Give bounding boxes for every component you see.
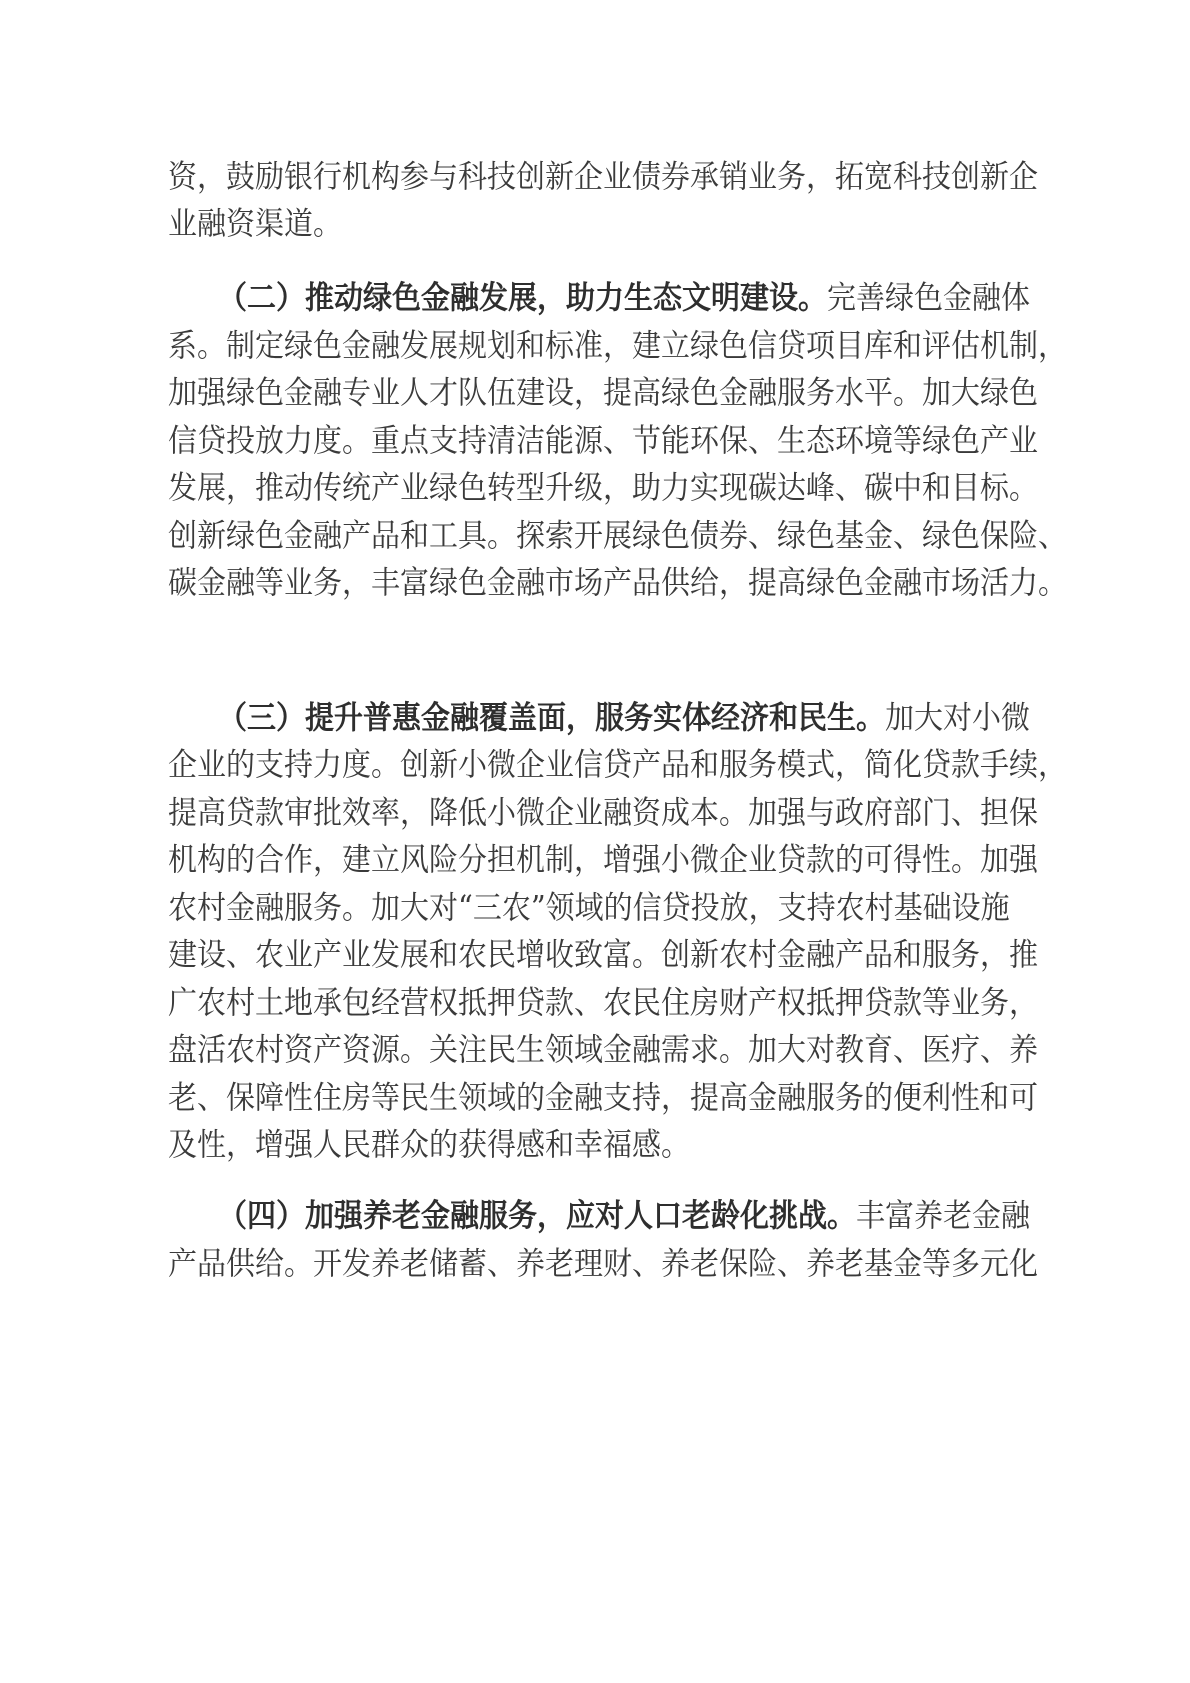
body-text: 机构的合作，建立风险分担机制，增强小微企业贷款的可得性。加强 (168, 841, 1038, 878)
body-text: 广农村土地承包经营权抵押贷款、农民住房财产权抵押贷款等业务， (168, 984, 1038, 1021)
section-heading: （二）推动绿色金融发展，助力生态文明建设。 (218, 279, 827, 316)
body-text: 丰富养老金融 (856, 1197, 1030, 1234)
body-text: 农村金融服务。加大对“三农”领域的信贷投放，支持农村基础设施 (168, 889, 1010, 926)
paragraph-line: 业融资渠道。 (168, 201, 943, 244)
body-text: 建设、农业产业发展和农民增收致富。创新农村金融产品和服务，推 (168, 936, 1038, 973)
paragraph-line: 产品供给。开发养老储蓄、养老理财、养老保险、养老基金等多元化 (168, 1241, 943, 1284)
paragraph-line: 建设、农业产业发展和农民增收致富。创新农村金融产品和服务，推 (168, 932, 943, 975)
paragraph-line: 发展，推动传统产业绿色转型升级，助力实现碳达峰、碳中和目标。 (168, 465, 943, 508)
body-text: 碳金融等业务，丰富绿色金融市场产品供给，提高绿色金融市场活力。 (168, 564, 1067, 601)
body-text: 系。制定绿色金融发展规划和标准，建立绿色信贷项目库和评估机制， (168, 327, 1067, 364)
paragraph-line: 系。制定绿色金融发展规划和标准，建立绿色信贷项目库和评估机制， (168, 323, 943, 366)
paragraph-line: 资，鼓励银行机构参与科技创新企业债券承销业务，拓宽科技创新企 (168, 154, 943, 197)
paragraph-line: 信贷投放力度。重点支持清洁能源、节能环保、生态环境等绿色产业 (168, 418, 943, 461)
section-heading-line: （四）加强养老金融服务，应对人口老龄化挑战。丰富养老金融 (218, 1193, 943, 1236)
body-text: 资，鼓励银行机构参与科技创新企业债券承销业务，拓宽科技创新企 (168, 158, 1038, 195)
paragraph-line: 广农村土地承包经营权抵押贷款、农民住房财产权抵押贷款等业务， (168, 980, 943, 1023)
body-text: 发展，推动传统产业绿色转型升级，助力实现碳达峰、碳中和目标。 (168, 469, 1038, 506)
body-text: 产品供给。开发养老储蓄、养老理财、养老保险、养老基金等多元化 (168, 1245, 1038, 1282)
section-heading: （三）提升普惠金融覆盖面，服务实体经济和民生。 (218, 699, 885, 736)
body-text: 提高贷款审批效率，降低小微企业融资成本。加强与政府部门、担保 (168, 794, 1038, 831)
paragraph-line: 企业的支持力度。创新小微企业信贷产品和服务模式，简化贷款手续， (168, 742, 943, 785)
section-heading-line: （三）提升普惠金融覆盖面，服务实体经济和民生。加大对小微 (218, 695, 943, 738)
body-text: 老、保障性住房等民生领域的金融支持，提高金融服务的便利性和可 (168, 1079, 1038, 1116)
paragraph-line: 提高贷款审批效率，降低小微企业融资成本。加强与政府部门、担保 (168, 790, 943, 833)
paragraph-line: 创新绿色金融产品和工具。探索开展绿色债券、绿色基金、绿色保险、 (168, 513, 943, 556)
paragraph-line: 农村金融服务。加大对“三农”领域的信贷投放，支持农村基础设施 (168, 885, 943, 928)
paragraph-line: 机构的合作，建立风险分担机制，增强小微企业贷款的可得性。加强 (168, 837, 943, 880)
body-text: 盘活农村资产资源。关注民生领域金融需求。加大对教育、医疗、养 (168, 1031, 1038, 1068)
body-text: 完善绿色金融体 (827, 279, 1030, 316)
body-text: 及性，增强人民群众的获得感和幸福感。 (168, 1126, 690, 1163)
body-text: 业融资渠道。 (168, 205, 342, 242)
paragraph-line: 及性，增强人民群众的获得感和幸福感。 (168, 1122, 943, 1165)
body-text: 信贷投放力度。重点支持清洁能源、节能环保、生态环境等绿色产业 (168, 422, 1038, 459)
body-text: 创新绿色金融产品和工具。探索开展绿色债券、绿色基金、绿色保险、 (168, 517, 1067, 554)
document-page: 资，鼓励银行机构参与科技创新企业债券承销业务，拓宽科技创新企业融资渠道。（二）推… (0, 0, 1190, 1683)
section-heading-line: （二）推动绿色金融发展，助力生态文明建设。完善绿色金融体 (218, 275, 943, 318)
body-text: 加强绿色金融专业人才队伍建设，提高绿色金融服务水平。加大绿色 (168, 374, 1038, 411)
paragraph-line: 碳金融等业务，丰富绿色金融市场产品供给，提高绿色金融市场活力。 (168, 560, 943, 603)
body-text: 加大对小微 (885, 699, 1030, 736)
body-text: 企业的支持力度。创新小微企业信贷产品和服务模式，简化贷款手续， (168, 746, 1067, 783)
paragraph-line: 老、保障性住房等民生领域的金融支持，提高金融服务的便利性和可 (168, 1075, 943, 1118)
paragraph-line: 盘活农村资产资源。关注民生领域金融需求。加大对教育、医疗、养 (168, 1027, 943, 1070)
section-heading: （四）加强养老金融服务，应对人口老龄化挑战。 (218, 1197, 856, 1234)
paragraph-line: 加强绿色金融专业人才队伍建设，提高绿色金融服务水平。加大绿色 (168, 370, 943, 413)
